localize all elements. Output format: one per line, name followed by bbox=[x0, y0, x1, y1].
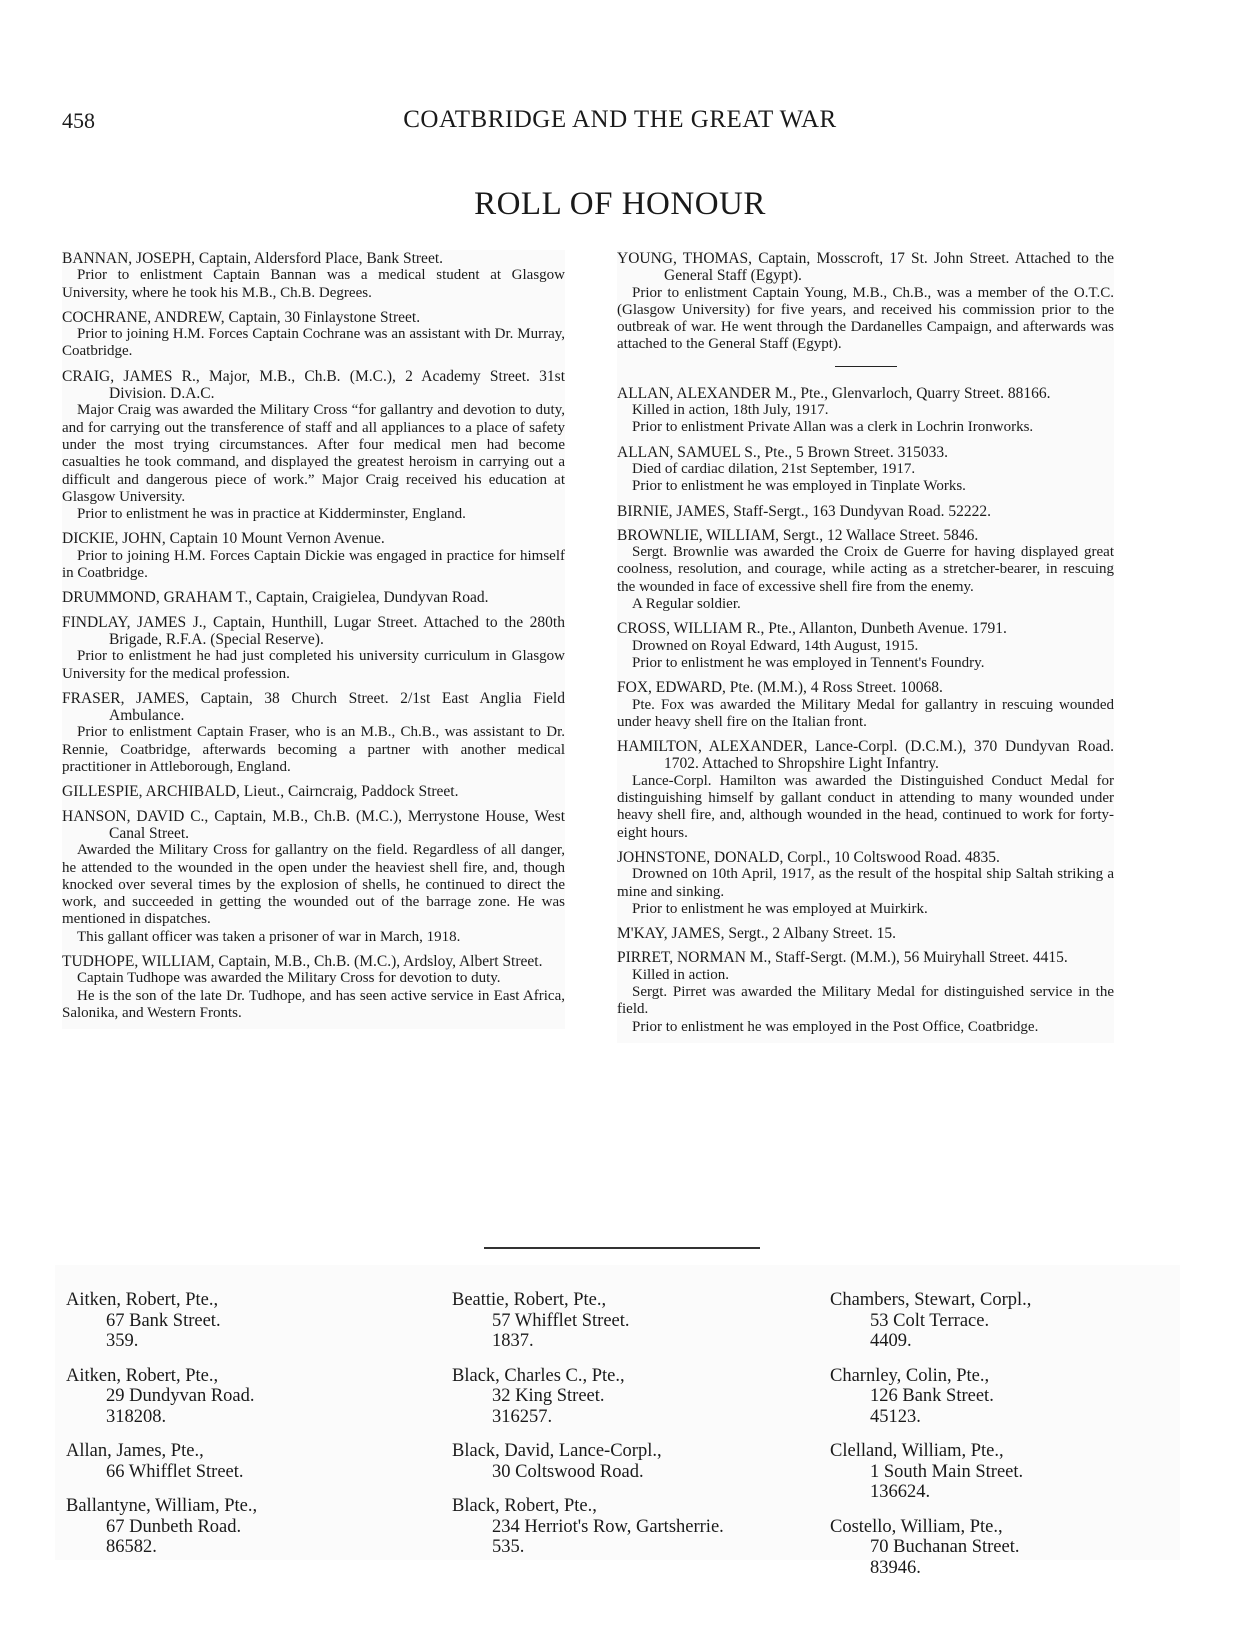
entry-heading: BROWNLIE, WILLIAM, Sergt., 12 Wallace St… bbox=[617, 527, 1114, 544]
soldier-name: Aitken, Robert, Pte., bbox=[66, 1290, 257, 1311]
soldier-address: 67 Dunbeth Road. bbox=[66, 1517, 257, 1538]
soldier-address: 29 Dundyvan Road. bbox=[66, 1386, 257, 1407]
roll-entry: FINDLAY, JAMES J., Captain, Hunthill, Lu… bbox=[62, 614, 565, 683]
entry-heading: HANSON, DAVID C., Captain, M.B., Ch.B. (… bbox=[62, 808, 565, 843]
soldier-number: 136624. bbox=[830, 1482, 1031, 1503]
running-head: COATBRIDGE AND THE GREAT WAR bbox=[0, 106, 1240, 134]
soldier-number: 45123. bbox=[830, 1407, 1031, 1428]
entry-paragraph: Killed in action, 18th July, 1917. bbox=[617, 402, 1114, 419]
entry-heading: DRUMMOND, GRAHAM T., Captain, Craigielea… bbox=[62, 589, 565, 606]
soldier-address: 57 Whifflet Street. bbox=[452, 1311, 724, 1332]
entry-paragraph: Lance-Corpl. Hamilton was awarded the Di… bbox=[617, 773, 1114, 842]
entry-heading: JOHNSTONE, DONALD, Corpl., 10 Coltswood … bbox=[617, 849, 1114, 866]
entry-paragraph: Pte. Fox was awarded the Military Medal … bbox=[617, 697, 1114, 732]
entry-paragraph: Prior to enlistment he was employed in T… bbox=[617, 478, 1114, 495]
soldier-name: Ballantyne, William, Pte., bbox=[66, 1496, 257, 1517]
entry-heading: COCHRANE, ANDREW, Captain, 30 Finlayston… bbox=[62, 309, 565, 326]
soldier-address: 53 Colt Terrace. bbox=[830, 1311, 1031, 1332]
roll-entry: BANNAN, JOSEPH, Captain, Aldersford Plac… bbox=[62, 250, 565, 302]
entry-paragraph: Sergt. Pirret was awarded the Military M… bbox=[617, 984, 1114, 1019]
entry-heading: DICKIE, JOHN, Captain 10 Mount Vernon Av… bbox=[62, 530, 565, 547]
roll-entry: DRUMMOND, GRAHAM T., Captain, Craigielea… bbox=[62, 589, 565, 606]
entry-paragraph: Prior to enlistment he was employed at M… bbox=[617, 901, 1114, 918]
soldier-number: 1837. bbox=[452, 1331, 724, 1352]
soldier-number: 86582. bbox=[66, 1537, 257, 1558]
entry-heading: HAMILTON, ALEXANDER, Lance-Corpl. (D.C.M… bbox=[617, 738, 1114, 773]
entry-heading: CROSS, WILLIAM R., Pte., Allanton, Dunbe… bbox=[617, 620, 1114, 637]
list-item: Aitken, Robert, Pte.,67 Bank Street.359. bbox=[66, 1290, 257, 1352]
entry-heading: FOX, EDWARD, Pte. (M.M.), 4 Ross Street.… bbox=[617, 679, 1114, 696]
section-title: ROLL OF HONOUR bbox=[0, 186, 1240, 223]
soldier-address: 32 King Street. bbox=[452, 1386, 724, 1407]
roll-entry: ALLAN, SAMUEL S., Pte., 5 Brown Street. … bbox=[617, 444, 1114, 496]
entry-paragraph: Died of cardiac dilation, 21st September… bbox=[617, 461, 1114, 478]
list-item: Aitken, Robert, Pte.,29 Dundyvan Road.31… bbox=[66, 1366, 257, 1428]
entry-paragraph: Drowned on 10th April, 1917, as the resu… bbox=[617, 866, 1114, 901]
section-rule bbox=[835, 366, 897, 367]
entry-paragraph: Major Craig was awarded the Military Cro… bbox=[62, 402, 565, 506]
entry-paragraph: Captain Tudhope was awarded the Military… bbox=[62, 970, 565, 987]
list-item: Chambers, Stewart, Corpl.,53 Colt Terrac… bbox=[830, 1290, 1031, 1352]
entry-paragraph: Prior to enlistment Captain Young, M.B.,… bbox=[617, 285, 1114, 354]
soldier-name: Costello, William, Pte., bbox=[830, 1517, 1031, 1538]
entry-paragraph: Prior to enlistment he was employed in T… bbox=[617, 655, 1114, 672]
section-divider bbox=[484, 1247, 760, 1249]
entry-heading: FINDLAY, JAMES J., Captain, Hunthill, Lu… bbox=[62, 614, 565, 649]
entry-heading: BIRNIE, JAMES, Staff-Sergt., 163 Dundyva… bbox=[617, 503, 1114, 520]
entry-paragraph: This gallant officer was taken a prisone… bbox=[62, 929, 565, 946]
roll-entry: GILLESPIE, ARCHIBALD, Lieut., Cairncraig… bbox=[62, 783, 565, 800]
list-column-2: Beattie, Robert, Pte.,57 Whifflet Street… bbox=[452, 1290, 724, 1572]
soldier-name: Charnley, Colin, Pte., bbox=[830, 1366, 1031, 1387]
list-column-3: Chambers, Stewart, Corpl.,53 Colt Terrac… bbox=[830, 1290, 1031, 1592]
soldier-number: 318208. bbox=[66, 1407, 257, 1428]
roll-entry: TUDHOPE, WILLIAM, Captain, M.B., Ch.B. (… bbox=[62, 953, 565, 1022]
soldier-address: 126 Bank Street. bbox=[830, 1386, 1031, 1407]
roll-entry: FOX, EDWARD, Pte. (M.M.), 4 Ross Street.… bbox=[617, 679, 1114, 731]
roll-entry: HANSON, DAVID C., Captain, M.B., Ch.B. (… bbox=[62, 808, 565, 946]
entry-heading: TUDHOPE, WILLIAM, Captain, M.B., Ch.B. (… bbox=[62, 953, 565, 970]
soldier-name: Aitken, Robert, Pte., bbox=[66, 1366, 257, 1387]
list-item: Ballantyne, William, Pte.,67 Dunbeth Roa… bbox=[66, 1496, 257, 1558]
roll-entry: JOHNSTONE, DONALD, Corpl., 10 Coltswood … bbox=[617, 849, 1114, 918]
entry-heading: PIRRET, NORMAN M., Staff-Sergt. (M.M.), … bbox=[617, 949, 1114, 966]
entry-paragraph: Prior to enlistment he had just complete… bbox=[62, 648, 565, 683]
soldier-name: Black, David, Lance-Corpl., bbox=[452, 1441, 724, 1462]
roll-entry: CRAIG, JAMES R., Major, M.B., Ch.B. (M.C… bbox=[62, 368, 565, 524]
entry-paragraph: Prior to enlistment he was employed in t… bbox=[617, 1019, 1114, 1036]
entry-paragraph: Prior to enlistment he was in practice a… bbox=[62, 506, 565, 523]
soldier-name: Beattie, Robert, Pte., bbox=[452, 1290, 724, 1311]
entry-paragraph: A Regular soldier. bbox=[617, 596, 1114, 613]
men-entries: ALLAN, ALEXANDER M., Pte., Glenvarloch, … bbox=[617, 385, 1114, 1036]
roll-entry: BIRNIE, JAMES, Staff-Sergt., 163 Dundyva… bbox=[617, 503, 1114, 520]
entry-heading: M'KAY, JAMES, Sergt., 2 Albany Street. 1… bbox=[617, 925, 1114, 942]
soldier-name: Black, Charles C., Pte., bbox=[452, 1366, 724, 1387]
entry-paragraph: Prior to enlistment Captain Bannan was a… bbox=[62, 267, 565, 302]
entry-heading: ALLAN, SAMUEL S., Pte., 5 Brown Street. … bbox=[617, 444, 1114, 461]
entry-heading: FRASER, JAMES, Captain, 38 Church Street… bbox=[62, 690, 565, 725]
roll-entry: DICKIE, JOHN, Captain 10 Mount Vernon Av… bbox=[62, 530, 565, 582]
soldier-number: 359. bbox=[66, 1331, 257, 1352]
soldier-address: 30 Coltswood Road. bbox=[452, 1462, 724, 1483]
entry-paragraph: Drowned on Royal Edward, 14th August, 19… bbox=[617, 638, 1114, 655]
roll-entry: PIRRET, NORMAN M., Staff-Sergt. (M.M.), … bbox=[617, 949, 1114, 1035]
soldier-address: 66 Whifflet Street. bbox=[66, 1462, 257, 1483]
list-item: Clelland, William, Pte.,1 South Main Str… bbox=[830, 1441, 1031, 1503]
soldier-name: Clelland, William, Pte., bbox=[830, 1441, 1031, 1462]
list-item: Black, David, Lance-Corpl.,30 Coltswood … bbox=[452, 1441, 724, 1482]
soldier-number: 535. bbox=[452, 1537, 724, 1558]
entry-heading: ALLAN, ALEXANDER M., Pte., Glenvarloch, … bbox=[617, 385, 1114, 402]
right-column: YOUNG, THOMAS, Captain, Mosscroft, 17 St… bbox=[617, 250, 1114, 1043]
entry-heading: GILLESPIE, ARCHIBALD, Lieut., Cairncraig… bbox=[62, 783, 565, 800]
soldier-name: Chambers, Stewart, Corpl., bbox=[830, 1290, 1031, 1311]
soldier-number: 83946. bbox=[830, 1558, 1031, 1579]
soldier-number: 4409. bbox=[830, 1331, 1031, 1352]
entry-paragraph: Prior to joining H.M. Forces Captain Coc… bbox=[62, 326, 565, 361]
entry-paragraph: Prior to enlistment Private Allan was a … bbox=[617, 419, 1114, 436]
roll-entry: CROSS, WILLIAM R., Pte., Allanton, Dunbe… bbox=[617, 620, 1114, 672]
officers-entries: YOUNG, THOMAS, Captain, Mosscroft, 17 St… bbox=[617, 250, 1114, 354]
list-item: Allan, James, Pte.,66 Whifflet Street. bbox=[66, 1441, 257, 1482]
list-item: Charnley, Colin, Pte.,126 Bank Street.45… bbox=[830, 1366, 1031, 1428]
roll-entry: M'KAY, JAMES, Sergt., 2 Albany Street. 1… bbox=[617, 925, 1114, 942]
roll-entry: YOUNG, THOMAS, Captain, Mosscroft, 17 St… bbox=[617, 250, 1114, 354]
soldier-number: 316257. bbox=[452, 1407, 724, 1428]
soldier-address: 70 Buchanan Street. bbox=[830, 1537, 1031, 1558]
entry-heading: BANNAN, JOSEPH, Captain, Aldersford Plac… bbox=[62, 250, 565, 267]
soldier-address: 67 Bank Street. bbox=[66, 1311, 257, 1332]
entry-paragraph: Killed in action. bbox=[617, 967, 1114, 984]
soldier-address: 1 South Main Street. bbox=[830, 1462, 1031, 1483]
list-item: Costello, William, Pte.,70 Buchanan Stre… bbox=[830, 1517, 1031, 1579]
list-column-1: Aitken, Robert, Pte.,67 Bank Street.359.… bbox=[66, 1290, 257, 1572]
entry-heading: YOUNG, THOMAS, Captain, Mosscroft, 17 St… bbox=[617, 250, 1114, 285]
list-item: Black, Robert, Pte.,234 Herriot's Row, G… bbox=[452, 1496, 724, 1558]
list-item: Black, Charles C., Pte.,32 King Street.3… bbox=[452, 1366, 724, 1428]
soldier-name: Black, Robert, Pte., bbox=[452, 1496, 724, 1517]
entry-paragraph: Prior to enlistment Captain Fraser, who … bbox=[62, 724, 565, 776]
roll-entry: ALLAN, ALEXANDER M., Pte., Glenvarloch, … bbox=[617, 385, 1114, 437]
list-item: Beattie, Robert, Pte.,57 Whifflet Street… bbox=[452, 1290, 724, 1352]
soldier-name: Allan, James, Pte., bbox=[66, 1441, 257, 1462]
roll-entry: COCHRANE, ANDREW, Captain, 30 Finlayston… bbox=[62, 309, 565, 361]
entry-paragraph: Awarded the Military Cross for gallantry… bbox=[62, 842, 565, 928]
entry-heading: CRAIG, JAMES R., Major, M.B., Ch.B. (M.C… bbox=[62, 368, 565, 403]
roll-entry: FRASER, JAMES, Captain, 38 Church Street… bbox=[62, 690, 565, 776]
soldier-address: 234 Herriot's Row, Gartsherrie. bbox=[452, 1517, 724, 1538]
entry-paragraph: Prior to joining H.M. Forces Captain Dic… bbox=[62, 548, 565, 583]
roll-entry: HAMILTON, ALEXANDER, Lance-Corpl. (D.C.M… bbox=[617, 738, 1114, 842]
roll-entry: BROWNLIE, WILLIAM, Sergt., 12 Wallace St… bbox=[617, 527, 1114, 613]
entry-paragraph: Sergt. Brownlie was awarded the Croix de… bbox=[617, 544, 1114, 596]
entry-paragraph: He is the son of the late Dr. Tudhope, a… bbox=[62, 988, 565, 1023]
left-column: BANNAN, JOSEPH, Captain, Aldersford Plac… bbox=[62, 250, 565, 1029]
